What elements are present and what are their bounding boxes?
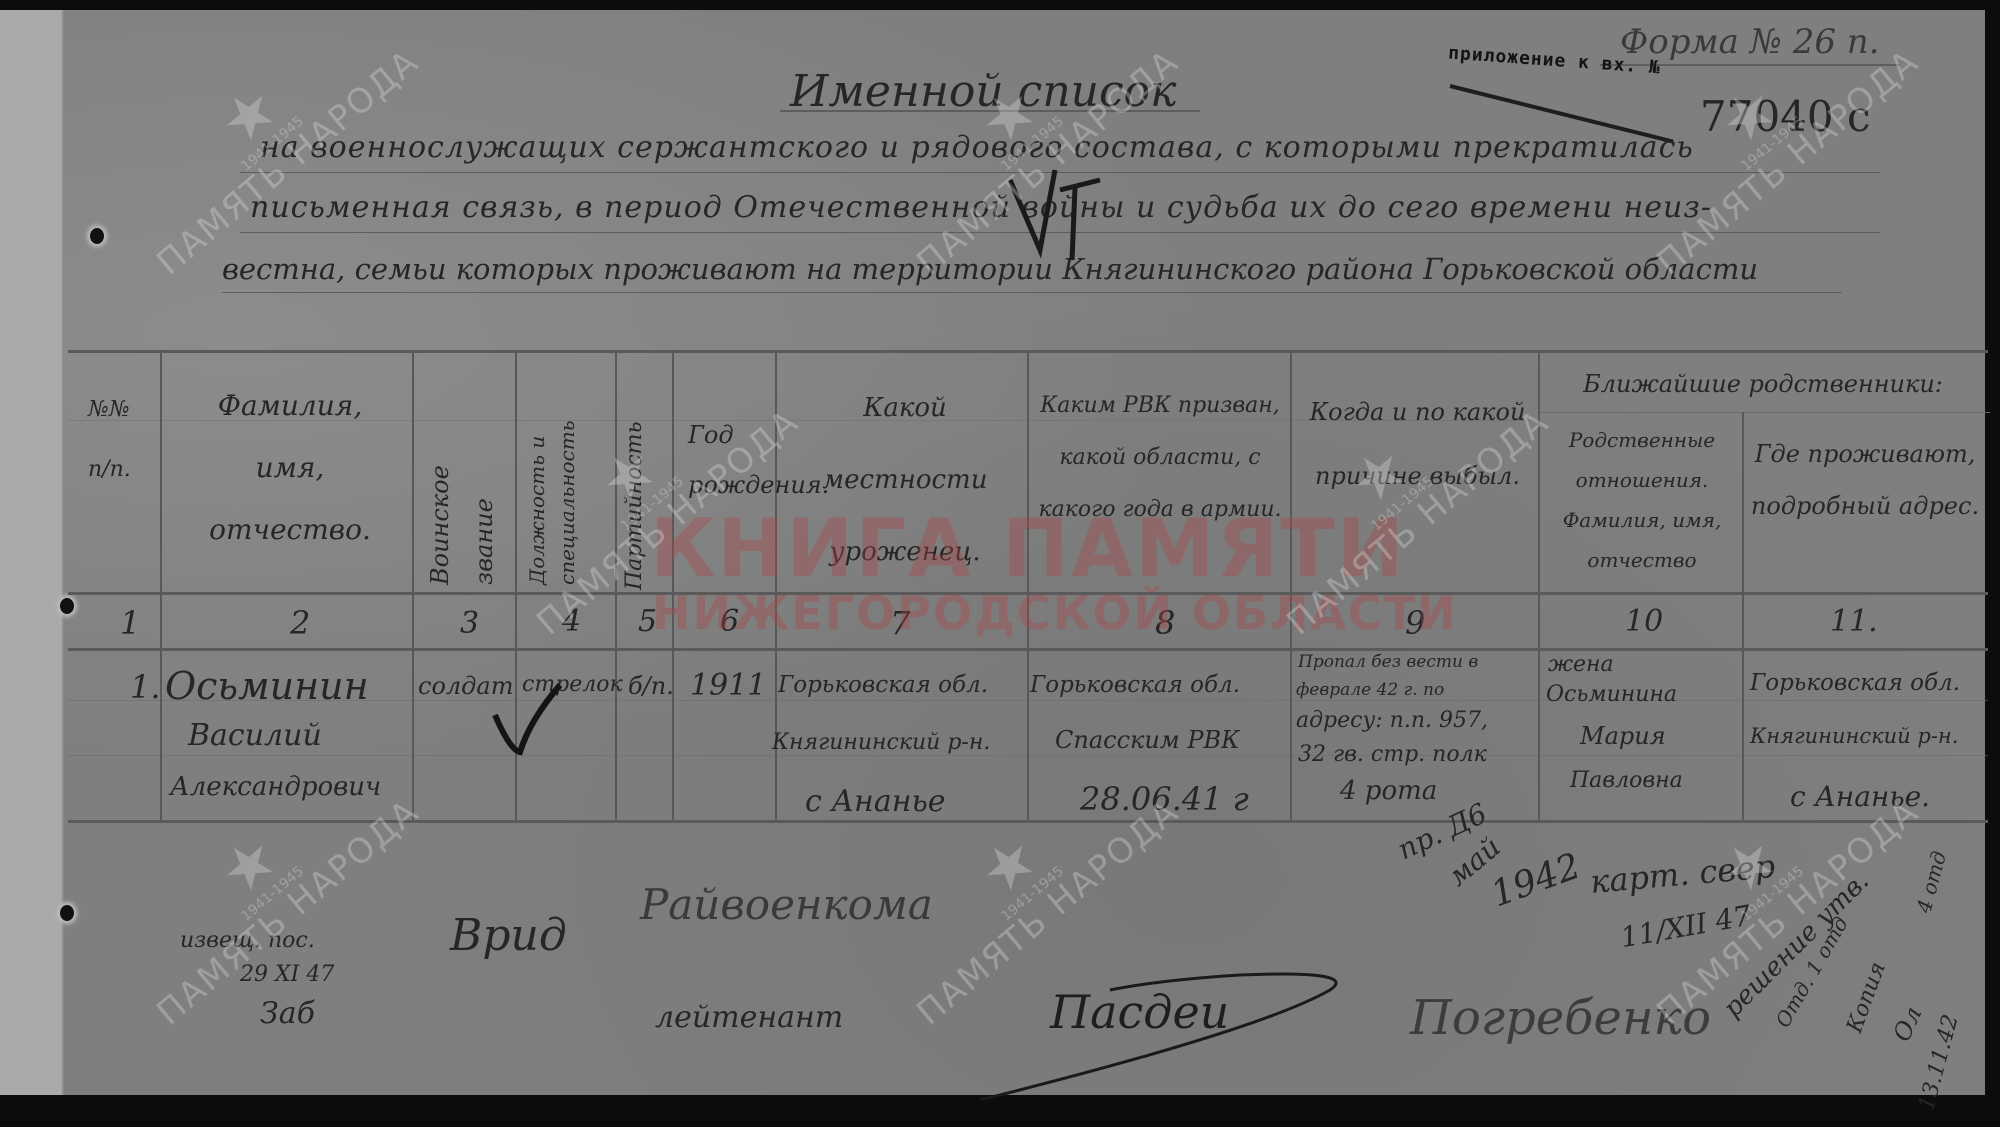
conscription-line: Горьковская обл.	[1030, 672, 1240, 698]
first-name: Василий	[188, 718, 322, 753]
col-divider	[412, 350, 414, 820]
relative-line: Мария	[1580, 722, 1666, 750]
check-mark-icon	[490, 680, 570, 760]
birthplace-line: с Ананье	[805, 784, 946, 819]
when-left-line: Пропал без вести в	[1298, 652, 1478, 672]
relative-line: Павловна	[1570, 768, 1683, 793]
left-note-signature: Заб	[260, 996, 315, 1031]
when-left-line: адресу: п.п. 957,	[1296, 708, 1488, 733]
col-divider	[1742, 412, 1744, 820]
party: б/п.	[628, 672, 674, 700]
punch-hole	[90, 228, 104, 244]
when-left-line: 4 рота	[1340, 776, 1437, 806]
group-header-divider	[1540, 412, 1990, 413]
paper-margin	[0, 10, 64, 1095]
relative-line: Осьминина	[1546, 682, 1677, 707]
birth-year: 1911	[690, 668, 766, 703]
ruled-line	[222, 292, 1842, 293]
header-col-1: №№ п/п.	[88, 380, 158, 500]
address-line: Горьковская обл.	[1750, 670, 1960, 696]
conscription-line: Спасским РВК	[1055, 726, 1240, 754]
when-left-line: феврале 42 г. по	[1296, 680, 1444, 700]
when-left-line: 32 гв. стр. полк	[1298, 742, 1487, 767]
signature-flourish-icon	[960, 960, 1400, 1120]
vrid-label: Врид	[450, 910, 567, 961]
header-col-2: Фамилия, имя, отчество.	[190, 375, 390, 561]
col-number: 3	[460, 606, 479, 641]
col-number: 11.	[1830, 604, 1878, 639]
birthplace-line: Княгининский р-н.	[772, 730, 990, 755]
punch-hole	[60, 905, 74, 921]
col-number: 1	[120, 604, 140, 642]
col-number: 2	[290, 604, 310, 642]
relative-line: жена	[1548, 652, 1614, 677]
header-group-relatives: Ближайшие родственники:	[1548, 370, 1978, 398]
header-col-11: Где проживают, подробный адрес.	[1750, 428, 1980, 532]
col-number: 10	[1625, 604, 1663, 639]
punch-hole	[60, 598, 74, 614]
rank-title: лейтенант	[655, 1000, 843, 1035]
col-divider	[160, 350, 162, 820]
subtitle-line-3: вестна, семьи которых проживают на терри…	[222, 252, 1758, 286]
signatory-title: Райвоенкома	[640, 880, 933, 929]
header-col-10: Родственные отношения. Фамилия, имя, отч…	[1546, 420, 1738, 580]
birthplace-line: Горьковская обл.	[778, 672, 988, 698]
row-number: 1.	[130, 668, 161, 706]
surname: Осьминин	[165, 664, 369, 708]
